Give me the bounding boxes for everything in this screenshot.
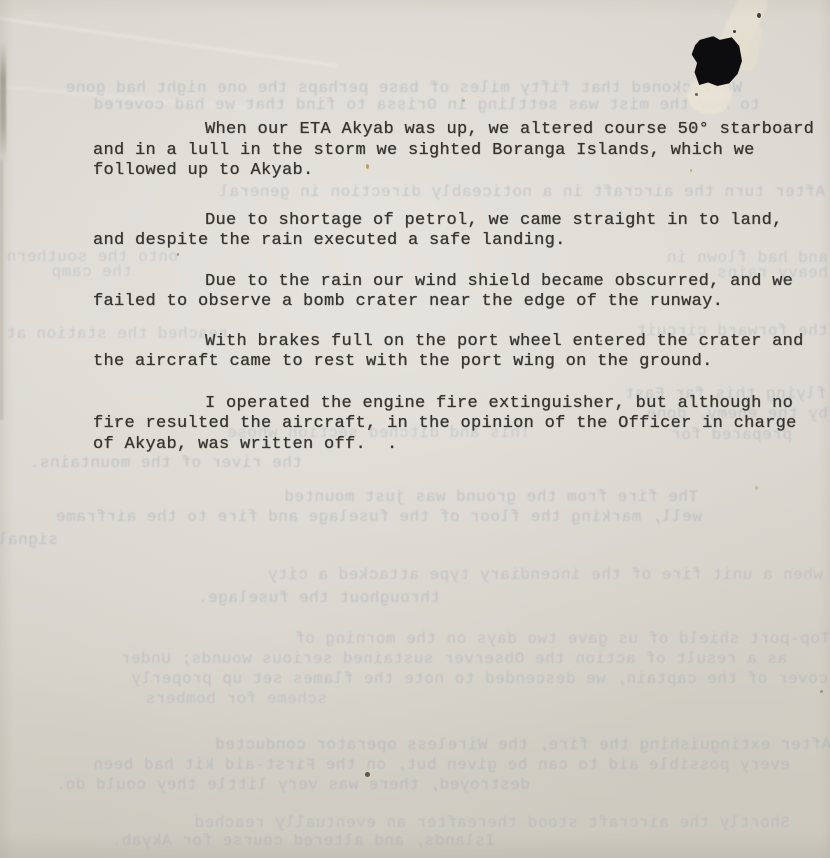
typed-paragraph: When our ETA Akyab was up, we altered co… bbox=[93, 120, 817, 182]
paper-speck bbox=[757, 13, 761, 18]
typed-line: of Akyab, was written off. . bbox=[93, 435, 817, 456]
typed-line: and in a lull in the storm we sighted Bo… bbox=[93, 141, 817, 162]
bleedthrough-line: cover of the captain, we descended to no… bbox=[15, 671, 828, 688]
typed-line: Due to shortage of petrol, we came strai… bbox=[93, 211, 817, 232]
bleedthrough-line: Islands, and altered course for Akyab. bbox=[53, 833, 495, 850]
bleedthrough-line: Top-port shield of us gave two days on t… bbox=[290, 631, 830, 648]
typed-line: the aircraft came to rest with the port … bbox=[93, 352, 817, 373]
bleedthrough-line: every possible aid to can be given but, … bbox=[58, 757, 790, 774]
typed-line: fire resulted the aircraft, in the opini… bbox=[93, 414, 817, 435]
paper-speck bbox=[690, 169, 692, 172]
paper-edge-mark bbox=[0, 42, 6, 162]
typed-line: I operated the engine fire extinguisher,… bbox=[93, 394, 817, 415]
paper-speck bbox=[695, 93, 698, 96]
bleedthrough-line: to how the mist was settling in Orissa t… bbox=[15, 97, 760, 114]
bleedthrough-line: After extinguishing the fire, the Wirele… bbox=[155, 737, 830, 754]
paper-speck bbox=[177, 253, 179, 256]
bleedthrough-line: scheme for bombers bbox=[15, 691, 327, 708]
paper-speck bbox=[600, 340, 602, 342]
bleedthrough-line: when a unit fire of the incendiary type … bbox=[158, 567, 823, 584]
typed-line: When our ETA Akyab was up, we altered co… bbox=[93, 120, 817, 141]
paper-speck bbox=[366, 164, 369, 169]
bleedthrough-line: throughout the fuselage. bbox=[148, 590, 440, 607]
bleedthrough-line: We reckoned that fifty miles of base per… bbox=[12, 80, 742, 97]
typed-text-block: When our ETA Akyab was up, we altered co… bbox=[93, 120, 817, 476]
typed-paragraph: With brakes full on the port wheel enter… bbox=[93, 332, 817, 373]
document-page: We reckoned that fifty miles of base per… bbox=[0, 0, 830, 858]
typed-paragraph: I operated the engine fire extinguisher,… bbox=[93, 394, 817, 456]
bleedthrough-line: Shortly the aircraft stood thereafter an… bbox=[148, 815, 790, 832]
typed-line: With brakes full on the port wheel enter… bbox=[93, 332, 817, 353]
typed-paragraph: Due to shortage of petrol, we came strai… bbox=[93, 211, 817, 252]
paper-edge-mark bbox=[0, 160, 3, 420]
paper-speck bbox=[462, 99, 465, 102]
bleedthrough-line: well, marking the floor of the fuselage … bbox=[12, 509, 702, 526]
typed-line: followed up to Akyab. bbox=[93, 161, 817, 182]
typed-paragraph: Due to the rain our wind shield became o… bbox=[93, 272, 817, 313]
paper-speck bbox=[733, 30, 736, 33]
typed-line: Due to the rain our wind shield became o… bbox=[93, 272, 817, 293]
paper-speck bbox=[755, 486, 758, 490]
bleedthrough-line: destroyed, there was very little they co… bbox=[58, 777, 530, 794]
paper-speck bbox=[820, 690, 823, 693]
typed-line: and despite the rain executed a safe lan… bbox=[93, 231, 817, 252]
bleedthrough-line: The fire from the ground was just mounte… bbox=[278, 489, 698, 506]
paper-speck bbox=[365, 772, 370, 777]
bleedthrough-line: as a result of action the Observer susta… bbox=[25, 651, 787, 668]
bleedthrough-line: signal. bbox=[0, 532, 58, 549]
paper-speck bbox=[115, 418, 117, 421]
typed-line: failed to observe a bomb crater near the… bbox=[93, 292, 817, 313]
